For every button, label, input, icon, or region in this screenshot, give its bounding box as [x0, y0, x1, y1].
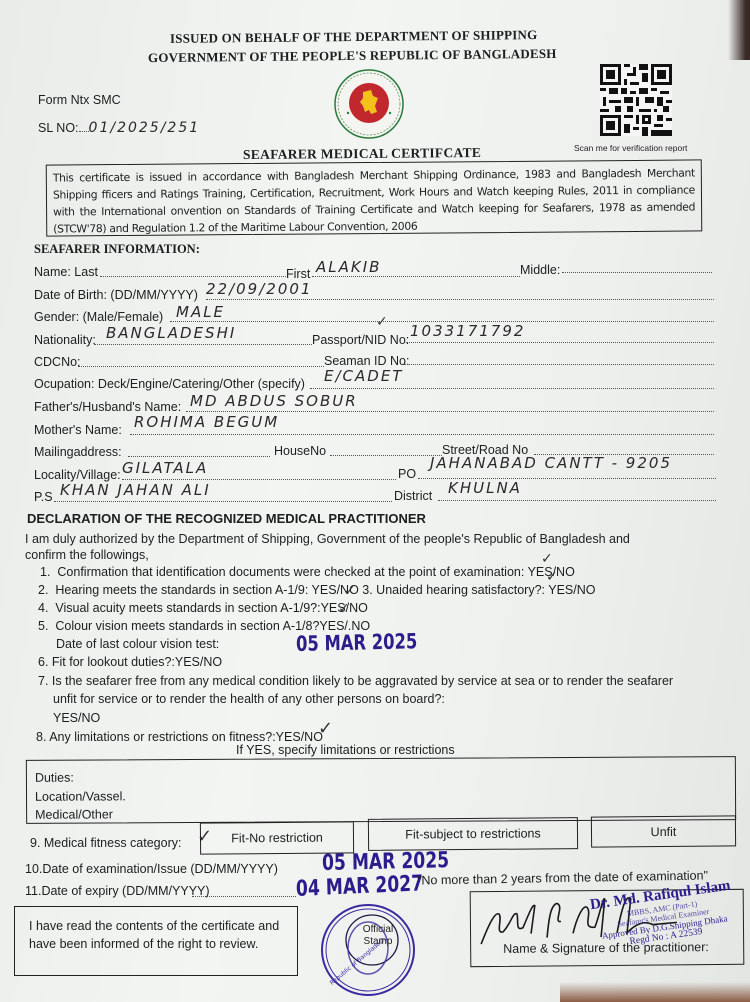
name-first-label: First [286, 267, 310, 281]
exam-date-stamp: 05 MAR 2025 [322, 848, 449, 876]
form-code: Form Ntx SMC [38, 93, 121, 107]
dob-row: Date of Birth: (DD/MM/YYYY) 22/09/2001 [34, 284, 716, 304]
verification-qr-code[interactable] [600, 64, 672, 136]
certificate-title: SEAFARER MEDICAL CERTIFCATE [243, 145, 481, 163]
fitness-option-unfit[interactable]: Unfit [591, 815, 736, 847]
declaration-intro-2: confirm the followings, [25, 548, 149, 562]
name-middle-field[interactable] [562, 272, 712, 273]
if-yes-restrictions-label: If YES, specify limitations or restricti… [236, 743, 455, 757]
passport-field[interactable] [406, 342, 714, 343]
intro-statement-box: This certificate is issued in accordance… [46, 159, 703, 236]
occupation-field[interactable] [310, 388, 714, 389]
item-1-yes-checkmark-icon: ✓ [541, 551, 553, 567]
declaration-item-4: 4. Visual acuity meets standards in sect… [38, 601, 368, 615]
mother-row: Mother's Name: ROHIMA BEGUM [34, 418, 716, 438]
declaration-heading: DECLARATION OF THE RECOGNIZED MEDICAL PR… [27, 511, 426, 526]
mother-label: Mother's Name: [34, 423, 122, 437]
fitness-option-fit-no-restriction[interactable]: Fit-No restriction [200, 821, 354, 854]
dob-field[interactable] [206, 299, 714, 300]
sl-no-field: SL NO:01/2025/251 [38, 120, 200, 136]
name-row: Name: Last First ALAKIB Middle: [34, 262, 716, 282]
name-middle-label: Middle: [520, 263, 560, 277]
locality-row: Locality/Village: GILATALA PO JAHANABAD … [34, 463, 716, 483]
item-2-checkmark-icon: ✓ [344, 583, 356, 599]
po-value: JAHANABAD CANTT - 9205 [430, 454, 672, 472]
dob-value: 22/09/2001 [206, 280, 312, 298]
locality-field[interactable] [122, 479, 396, 480]
qr-caption: Scan me for verification report [574, 143, 687, 153]
nationality-value: BANGLADESHI [106, 324, 236, 342]
father-row: Father's/Husband's Name: MD ABDUS SOBUR [34, 395, 716, 415]
seafarer-info-heading: SEAFARER INFORMATION: [34, 242, 200, 257]
restriction-medical-label: Medical/Other [35, 807, 113, 821]
fitness-category-label: 9. Medical fitness category: [30, 836, 181, 850]
dob-label: Date of Birth: (DD/MM/YYYY) [34, 288, 198, 302]
item-3-checkmark-icon: ✓ [546, 569, 558, 585]
item-4-checkmark-icon: ✓ [338, 601, 350, 617]
gender-value: MALE [176, 303, 225, 321]
restrictions-box[interactable]: Duties: Location/Vassel. Medical/Other [26, 756, 736, 824]
father-field[interactable] [186, 411, 714, 412]
official-stamp-label: Official Stamp [358, 924, 398, 948]
seaman-id-label: Seaman ID No: [324, 354, 409, 368]
fitness-option-fit-subject-to-restrictions[interactable]: Fit-subject to restrictions [368, 817, 578, 851]
item-8-no-checkmark-icon: ✓ [318, 718, 333, 739]
passport-label: Passport/NID No: [312, 333, 409, 347]
cdc-label: CDCNo: [34, 355, 81, 369]
ps-value: KHAN JAHAN ALI [60, 481, 211, 499]
father-value: MD ABDUS SOBUR [190, 392, 358, 410]
exam-date-label: 10.Date of examination/Issue (DD/MM/YYYY… [25, 862, 278, 876]
name-first-value: ALAKIB [316, 258, 381, 276]
occupation-value: E/CADET [324, 367, 403, 385]
nationality-row: Nationality: BANGLADESHI Passport/NID No… [34, 328, 716, 348]
locality-label: Locality/Village: [34, 468, 121, 482]
father-label: Father's/Husband's Name: [34, 400, 181, 414]
occupation-label: Ocupation: Deck/Engine/Catering/Other (s… [34, 377, 305, 391]
name-last-label: Name: Last [34, 265, 98, 279]
gender-label: Gender: (Male/Female) [34, 310, 163, 324]
official-stamp-icon: Republic of Bangladesh Official Stamp [318, 900, 418, 998]
declaration-item-2-3: 2. Hearing meets the standards in sectio… [38, 583, 596, 597]
passport-checkmark-icon: ✓ [376, 314, 388, 330]
background-edge [728, 0, 750, 60]
ps-label: P.S [34, 490, 53, 504]
acknowledgement-box: I have read the contents of the certific… [14, 906, 298, 976]
house-no-field[interactable] [330, 455, 442, 456]
declaration-item-6: 6. Fit for lookout duties?:YES/NO [38, 655, 222, 669]
gender-row: Gender: (Male/Female) MALE [34, 306, 716, 326]
district-field[interactable] [438, 500, 716, 501]
declaration-item-1: 1. Confirmation that identification docu… [40, 565, 575, 579]
cdc-field[interactable] [78, 366, 324, 367]
declaration-item-7-answer: YES/NO [53, 711, 100, 725]
occupation-row: Ocupation: Deck/Engine/Catering/Other (s… [34, 373, 716, 393]
declaration-item-7: 7. Is the seafarer free from any medical… [38, 674, 673, 688]
mother-field[interactable] [130, 434, 714, 435]
district-value: KHULNA [448, 479, 522, 497]
passport-value: 1033171792 [410, 322, 525, 340]
background-edge [560, 982, 750, 1002]
name-last-field[interactable] [100, 276, 286, 277]
locality-value: GILATALA [122, 459, 208, 477]
mailing-address-field[interactable] [128, 456, 270, 457]
district-label: District [394, 489, 432, 503]
bangladesh-emblem-icon [333, 68, 405, 140]
mother-value: ROHIMA BEGUM [134, 413, 279, 431]
house-no-label: HouseNo [274, 444, 326, 458]
declaration-item-8: 8. Any limitations or restrictions on fi… [36, 730, 323, 744]
declaration-item-7-line-2: unfit for service or to render the healt… [53, 692, 445, 706]
name-first-field[interactable] [312, 276, 520, 277]
nationality-label: Nationality: [34, 333, 96, 347]
sl-no-value: 01/2025/251 [89, 120, 201, 136]
intro-statement: This certificate is issued in accordance… [47, 160, 702, 241]
acknowledgement-text: I have read the contents of the certific… [15, 907, 297, 963]
restriction-duties-label: Duties: [35, 771, 74, 785]
sl-no-label: SL NO: [38, 121, 79, 135]
seaman-id-field[interactable] [404, 364, 714, 365]
mailing-address-label: Mailingaddress: [34, 445, 122, 459]
expiry-date-label: 11.Date of expiry (DD/MM/YYYY) [25, 884, 210, 898]
expiry-date-field[interactable] [192, 896, 296, 897]
ps-field[interactable] [54, 501, 392, 502]
colour-vision-test-date-stamp: 05 MAR 2025 [296, 629, 418, 656]
restriction-location-label: Location/Vassel. [35, 789, 126, 803]
po-label: PO [398, 467, 416, 481]
ps-row: P.S KHAN JAHAN ALI District KHULNA [34, 485, 716, 505]
nationality-field[interactable] [94, 344, 312, 345]
declaration-intro: I am duly authorized by the Department o… [25, 532, 630, 546]
colour-vision-test-label: Date of last colour vision test: [56, 637, 219, 651]
